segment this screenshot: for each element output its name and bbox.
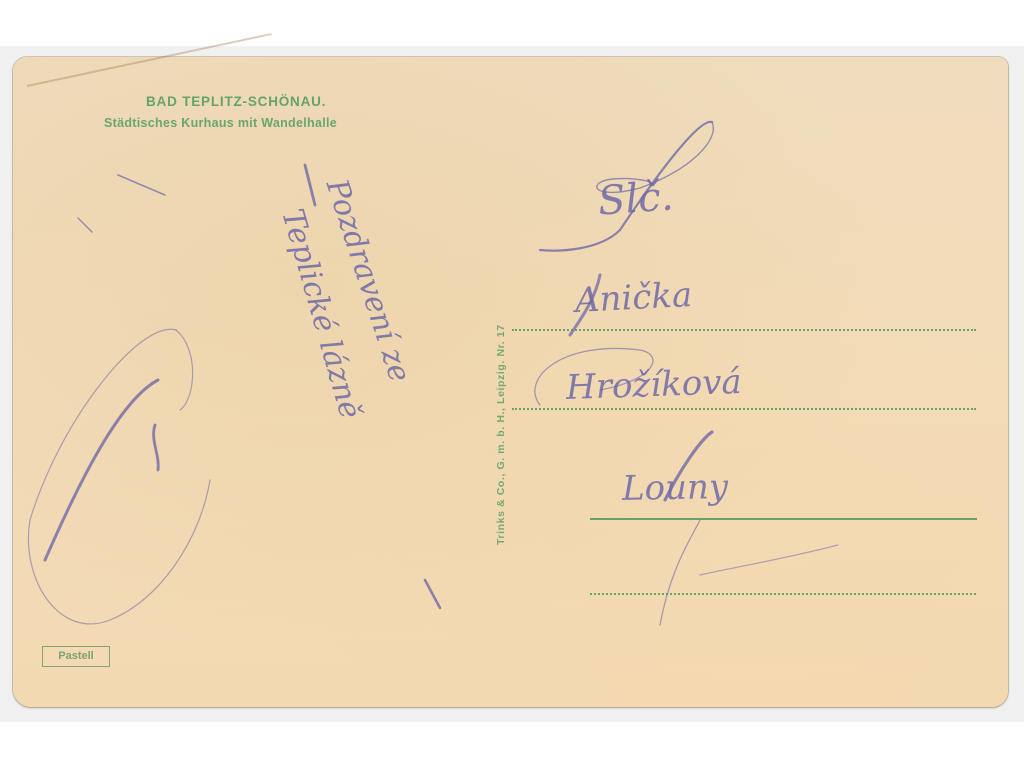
postcard <box>13 57 1008 707</box>
series-label-box: Pastell <box>42 646 110 667</box>
address-line-2 <box>512 408 976 410</box>
address-line-town: Louny <box>622 467 729 509</box>
publisher-imprint: Trinks & Co., G. m. b. H., Leipzig. Nr. … <box>495 324 507 545</box>
paper-crease <box>27 33 272 87</box>
address-line-name: Anička <box>574 275 693 321</box>
postcard-subtitle: Städtisches Kurhaus mit Wandelhalle <box>104 116 337 130</box>
address-line-1 <box>512 329 976 331</box>
address-line-salutation: Slč. <box>596 173 674 224</box>
address-line-4 <box>590 593 976 595</box>
address-line-3 <box>590 518 977 520</box>
postcard-title: BAD TEPLITZ-SCHÖNAU. <box>146 94 326 109</box>
address-line-surname: Hrožíková <box>565 362 742 408</box>
series-label: Pastell <box>58 650 93 662</box>
